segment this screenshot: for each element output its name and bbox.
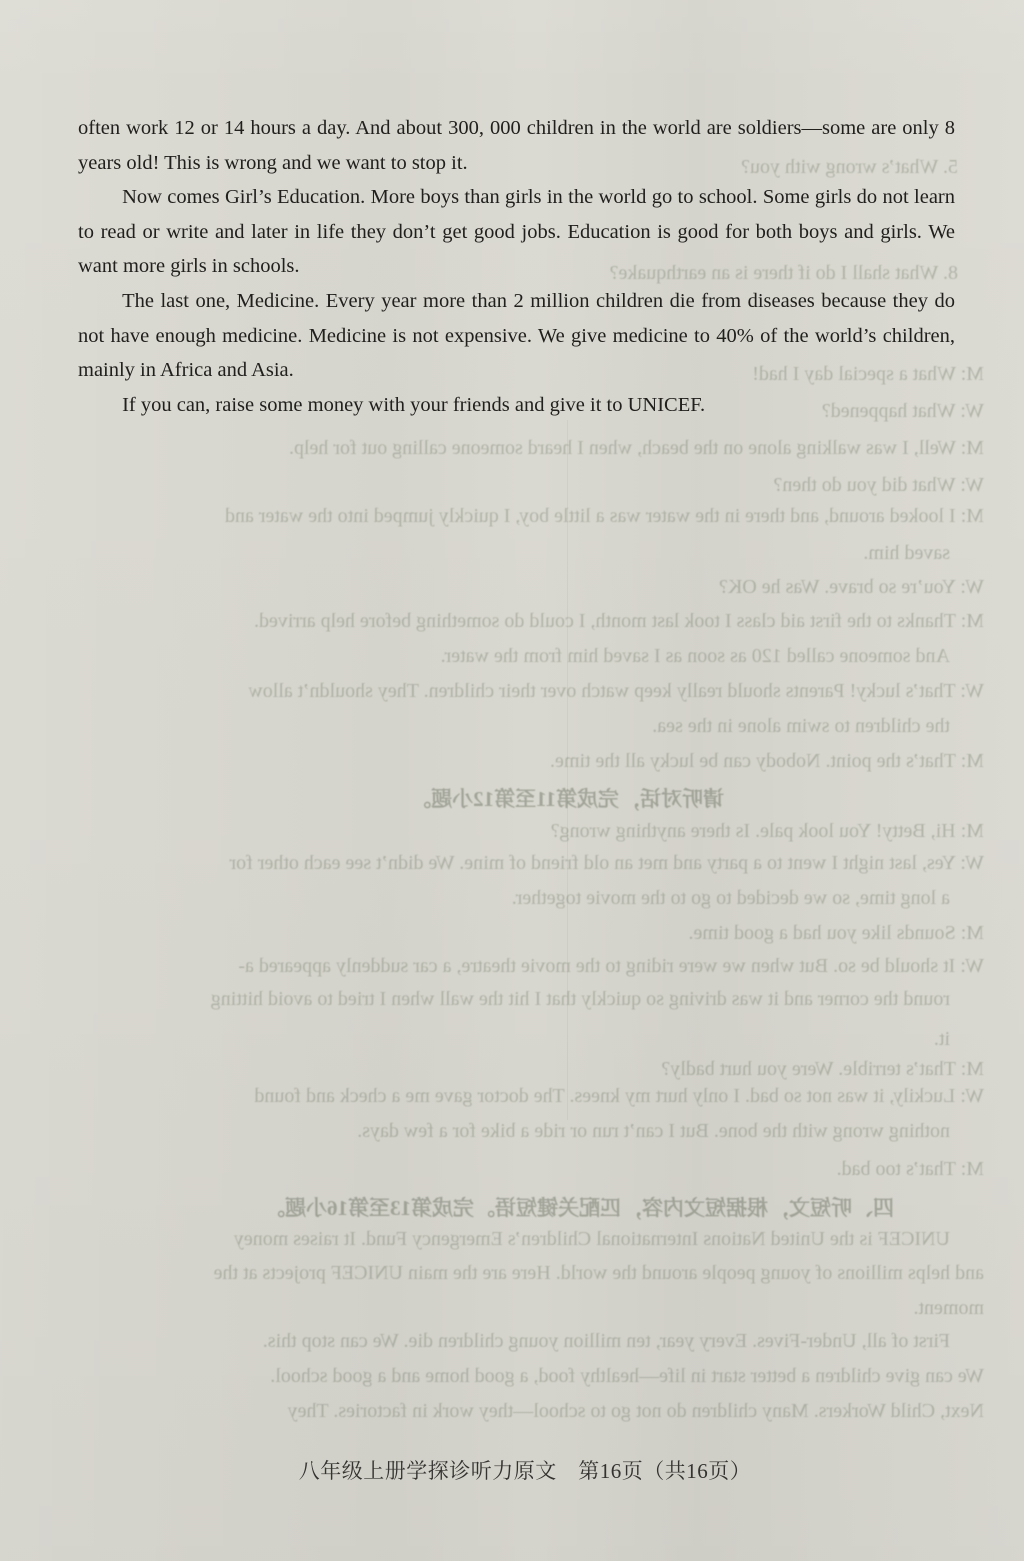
bleed-line: UNICEF is the United Nations Internation… [234,1228,950,1251]
bleed-line: W: You’re so brave. Was he OK? [719,576,984,599]
bleed-line: M: Well, I was walking alone on the beac… [289,437,984,460]
bleed-line: M: That’s terrible. Were you hurt badly? [661,1058,984,1081]
bleed-line: round the corner and it was driving so q… [211,988,950,1011]
transcript-body: often work 12 or 14 hours a day. And abo… [78,111,955,422]
scan-crease [567,420,568,1120]
bleed-line: W: It should be so. But when we were rid… [238,955,984,978]
bleed-line: W: Yes, last night I went to a party and… [230,852,985,875]
bleed-line: Next, Child Workers. Many children do no… [288,1400,984,1423]
bleed-line: 四、听短文，根据短文内容，匹配关键短语。完成第13至第16小题。 [264,1192,894,1222]
bleed-line: a long time, so we decided to go to the … [512,887,950,910]
bleed-line: and helps millions of young people aroun… [214,1262,984,1285]
bleed-line: it. [934,1028,950,1051]
paragraph-medicine: The last one, Medicine. Every year more … [78,284,955,388]
bleed-line: We can give children a better start in l… [270,1365,984,1388]
bleed-line: W: That’s lucky! Parents should really k… [248,680,984,703]
bleed-line: And someone called 120 as soon as I save… [441,645,950,668]
bleed-line: M: That’s the point. Nobody can be lucky… [550,750,984,773]
bleed-line: moment. [913,1297,984,1320]
paragraph-continuation: often work 12 or 14 hours a day. And abo… [78,111,955,180]
paragraph-girls-education: Now comes Girl’s Education. More boys th… [78,180,955,284]
bleed-line: nothing wrong with the bone. But I can’t… [357,1120,950,1143]
bleed-line: the children to swim alone in the sea. [652,715,950,738]
bleed-line: M: That’s too bad. [837,1158,984,1181]
bleed-line: M: Hi, Betty! You look pale. Is there an… [551,820,984,843]
bleed-line: W: Luckily, it was not so bad. I only hu… [254,1085,984,1108]
bleed-line: saved him. [863,542,950,565]
bleed-line: M: I looked around, and there in the wat… [225,505,984,528]
scanned-page: 5. What’s wrong with you?8. What shall I… [0,0,1024,1561]
bleed-line: First of all, Under-Fives. Every year, t… [263,1330,950,1353]
bleed-line: W: What did you do then? [773,474,984,497]
paragraph-donate: If you can, raise some money with your f… [78,388,955,423]
bleed-line: M: Thanks to the first aid class I took … [254,610,984,633]
page-footer: 八年级上册学探诊听力原文 第16页（共16页） [0,1455,1024,1485]
bleed-line: M: Sounds like you had a good time. [688,922,984,945]
